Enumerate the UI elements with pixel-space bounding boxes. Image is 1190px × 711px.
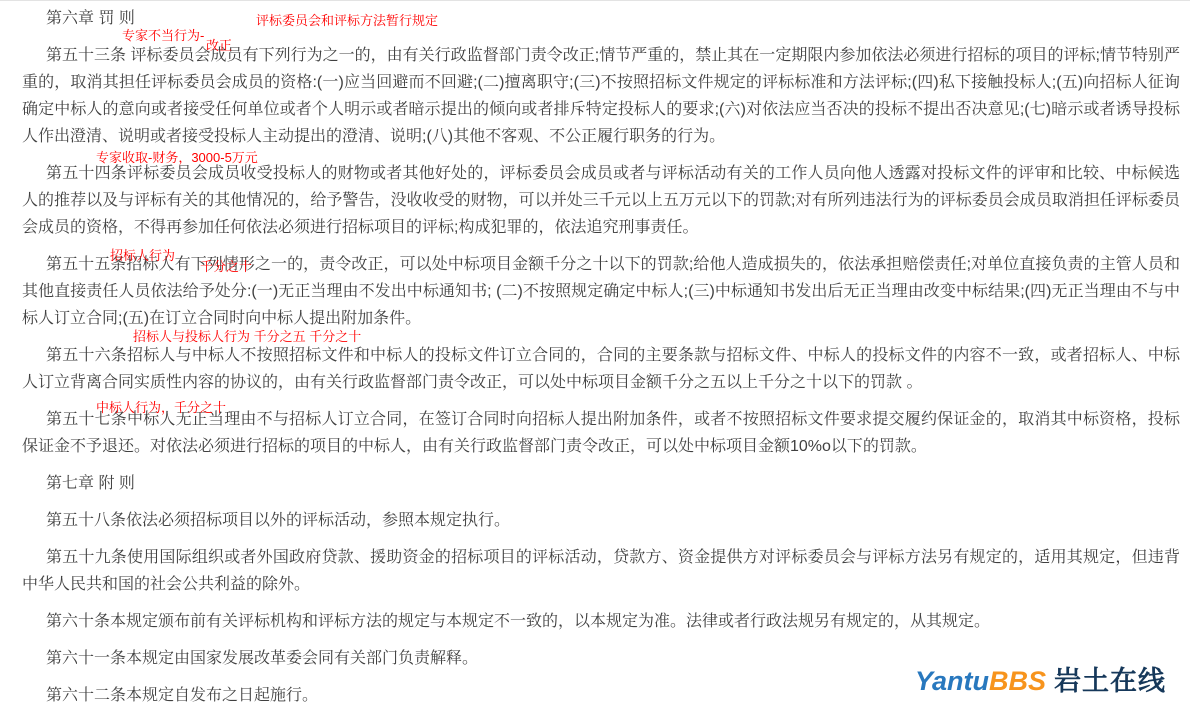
annotation-tenderer-conduct: 招标人行为 [110,249,175,263]
chapter-7-heading: 第七章 附 则 [22,470,1180,497]
regulation-text: 第六章 罚 则 第五十三条 评标委员会成员有下列行为之一的，由有关行政监督部门责… [22,5,1180,709]
annotation-regulation-title: 评标委员会和评标方法暂行规定 [256,14,438,28]
annotation-tenderer-bidder-conduct: 招标人与投标人行为 千分之五 千分之十 [133,330,361,344]
article-60: 第六十条本规定颁布前有关评标机构和评标方法的规定与本规定不一致的，以本规定为准。… [22,608,1180,635]
annotation-per-mille-ten: 千分之十 [200,260,252,274]
logo-text-chinese: 岩土在线 [1054,659,1166,698]
logo-text-bbs: BBS [989,666,1046,697]
annotation-expert-misconduct: 专家不当行为- [122,29,204,43]
article-58: 第五十八条依法必须招标项目以外的评标活动，参照本规定执行。 [22,507,1180,534]
article-56: 第五十六条招标人与中标人不按照招标文件和中标人的投标文件订立合同的，合同的主要条… [22,342,1180,396]
annotation-expert-fee: 专家收取-财务，3000-5万元 [96,151,258,165]
document-page: 第六章 罚 则 第五十三条 评标委员会成员有下列行为之一的，由有关行政监督部门责… [0,0,1190,711]
article-53: 第五十三条 评标委员会成员有下列行为之一的，由有关行政监督部门责令改正;情节严重… [22,42,1180,150]
article-59: 第五十九条使用国际组织或者外国政府贷款、援助资金的招标项目的评标活动，贷款方、资… [22,544,1180,598]
article-54: 第五十四条评标委员会成员收受投标人的财物或者其他好处的，评标委员会成员或者与评标… [22,160,1180,241]
article-55: 第五十五条招标人有下列情形之一的，责令改正，可以处中标项目金额千分之十以下的罚款… [22,251,1180,332]
yantubbs-watermark-logo: Yantu BBS 岩土在线 [915,659,1166,698]
annotation-winner-conduct: 中标人行为，千分之十 [96,401,226,415]
logo-text-yantu: Yantu [915,666,989,697]
annotation-correction: 改正 [206,39,232,53]
